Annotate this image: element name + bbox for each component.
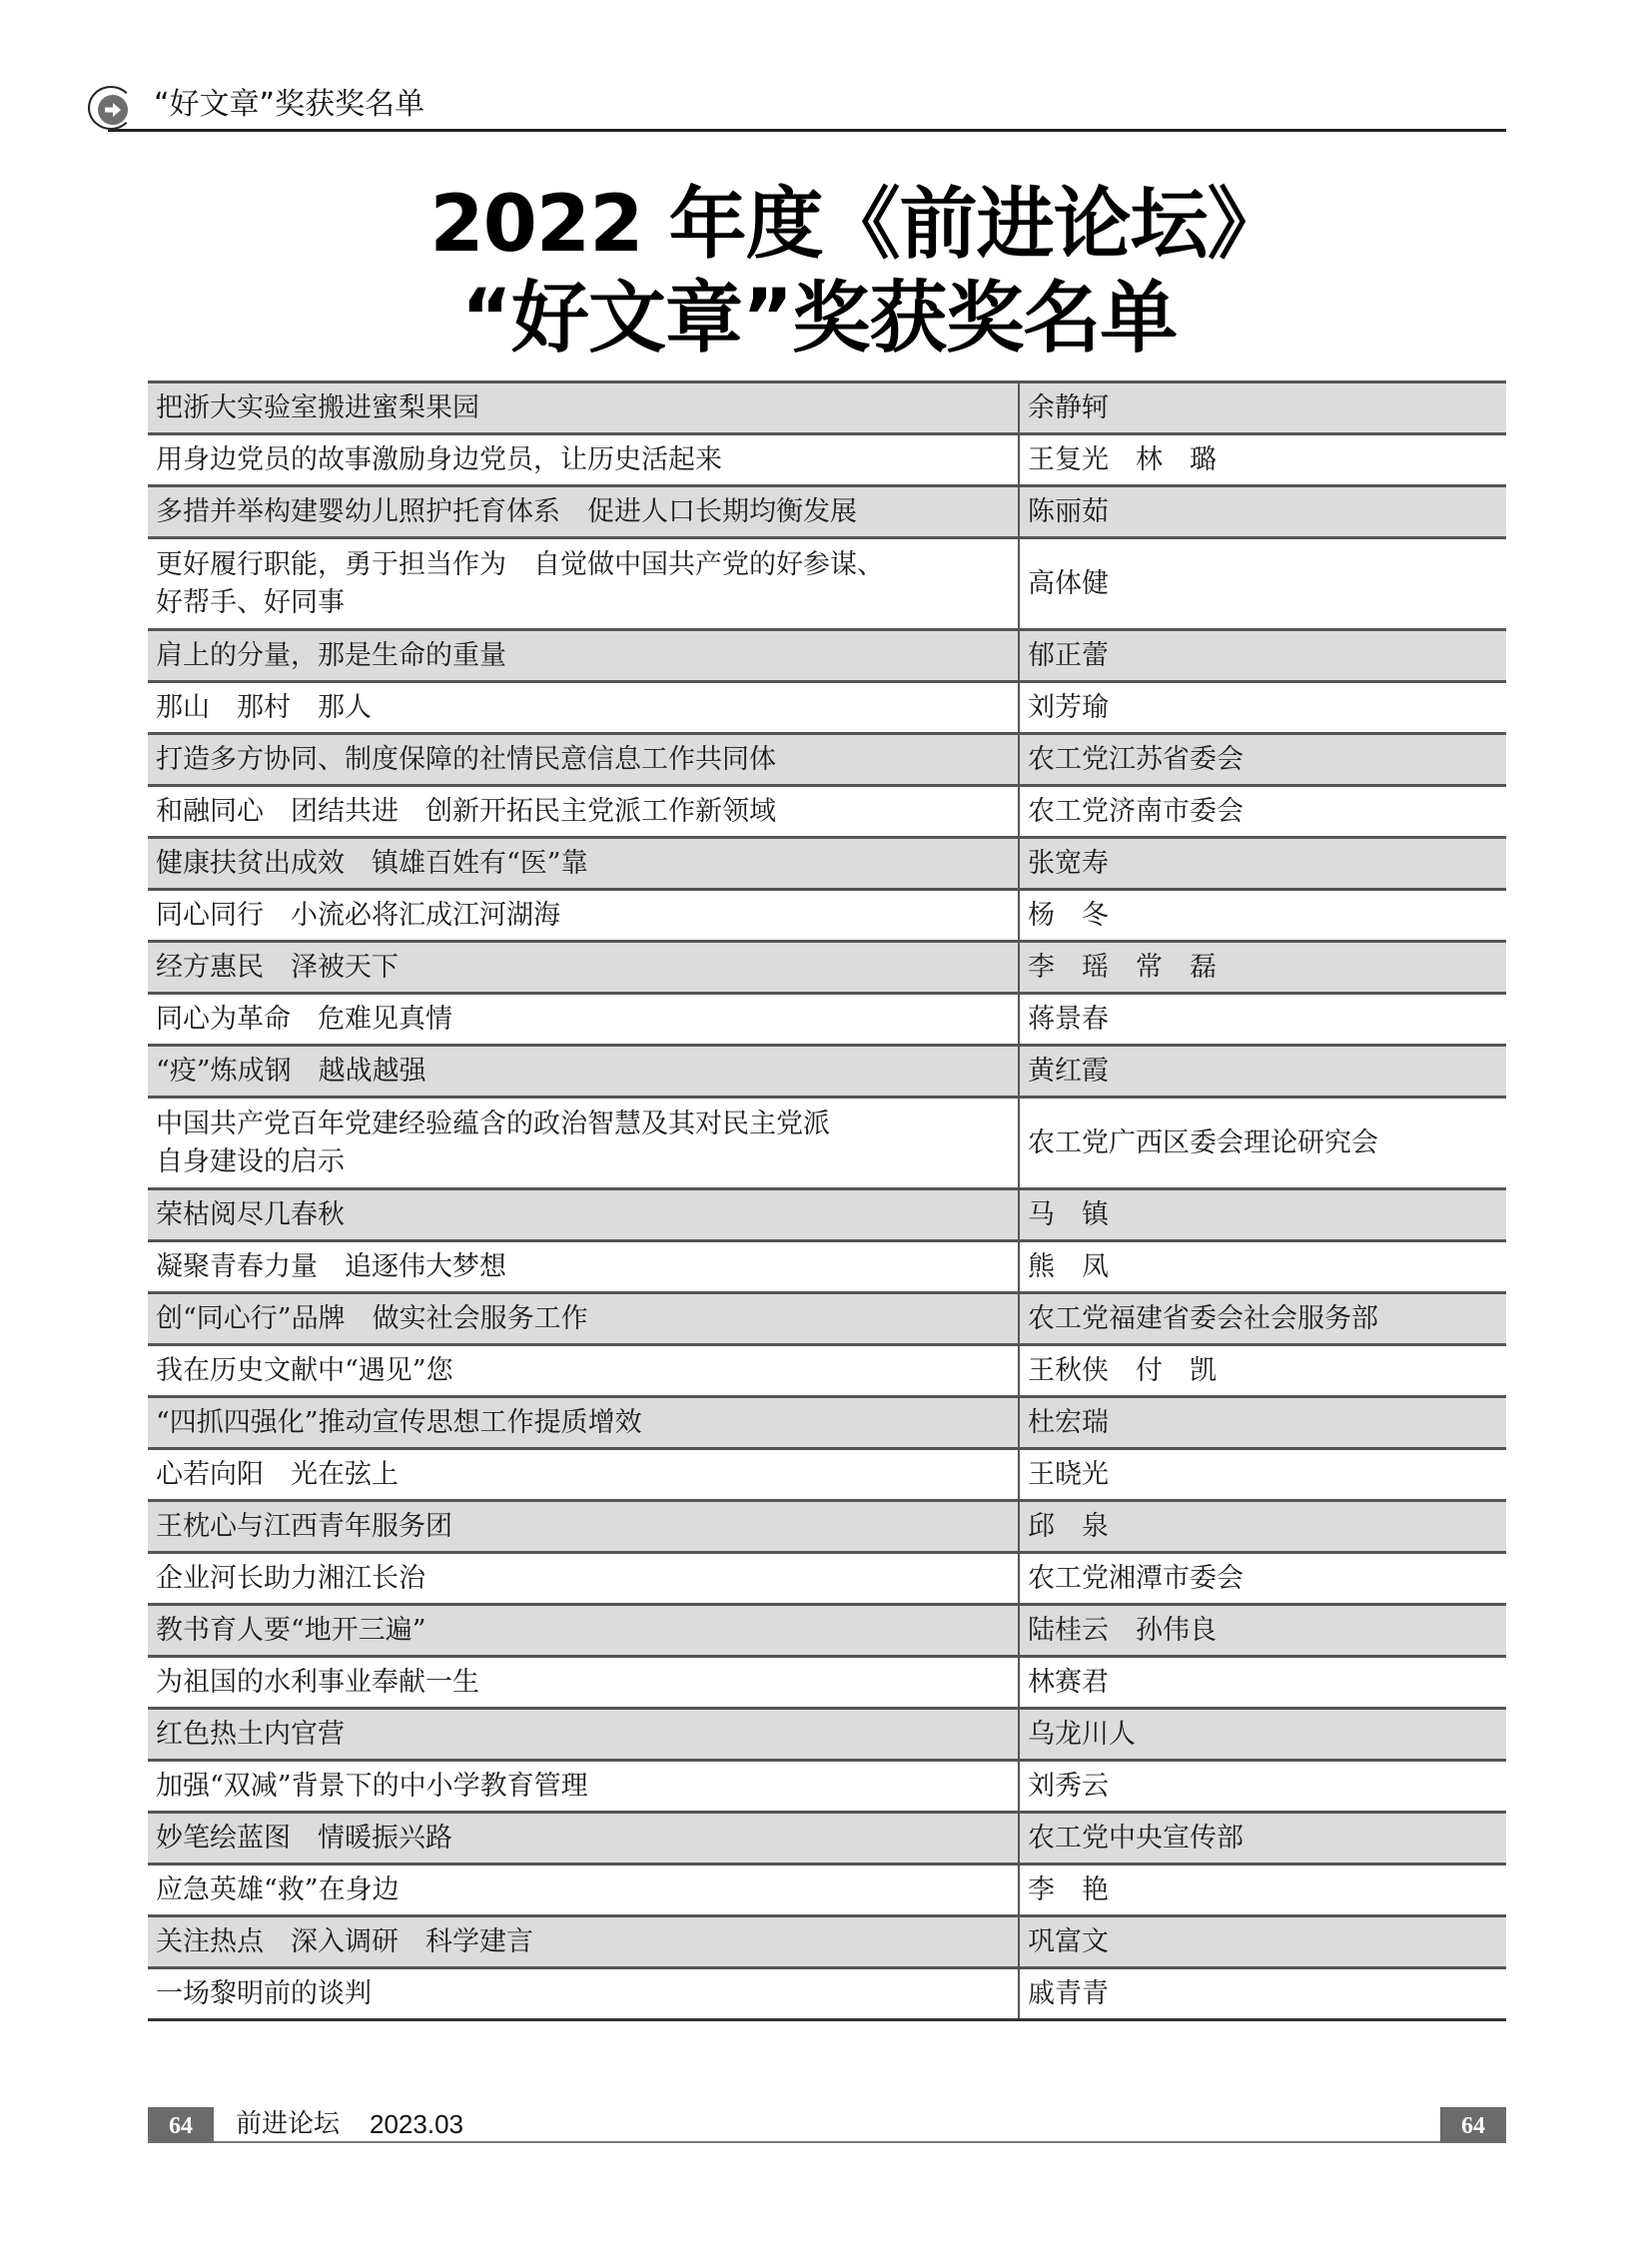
table-row: 企业河长助力湘江长治 农工党湘潭市委会 — [148, 1553, 1506, 1605]
table-row: 红色热土内官营 乌龙川人 — [148, 1709, 1506, 1761]
article-title: 为祖国的水利事业奉献一生 — [148, 1657, 1019, 1709]
awards-table-body: 把浙大实验室搬进蜜梨果园 余静轲 用身边党员的故事激励身边党员，让历史活起来 王… — [148, 382, 1506, 2020]
article-author: 王复光 林 璐 — [1019, 434, 1506, 486]
article-title: 把浙大实验室搬进蜜梨果园 — [148, 382, 1019, 434]
table-row: 为祖国的水利事业奉献一生 林赛君 — [148, 1657, 1506, 1709]
table-row: 关注热点 深入调研 科学建言 巩富文 — [148, 1916, 1506, 1968]
article-author: 黄红霞 — [1019, 1046, 1506, 1098]
article-title-line2: 好帮手、好同事 — [156, 584, 1018, 622]
article-author: 陆桂云 孙伟良 — [1019, 1605, 1506, 1657]
page-title-line2: “好文章”奖获奖名单 — [110, 274, 1528, 364]
header-rule — [108, 129, 1506, 132]
article-title: 企业河长助力湘江长治 — [148, 1553, 1019, 1605]
article-author: 刘秀云 — [1019, 1761, 1506, 1813]
article-author: 熊 凤 — [1019, 1241, 1506, 1293]
icon-frame — [88, 86, 134, 130]
table-row: 肩上的分量，那是生命的重量 郁正蕾 — [148, 630, 1506, 682]
article-author: 刘芳瑜 — [1019, 682, 1506, 734]
table-row: 心若向阳 光在弦上 王晓光 — [148, 1449, 1506, 1501]
table-row: 荣枯阅尽几春秋 马 镇 — [148, 1189, 1506, 1241]
article-title: 心若向阳 光在弦上 — [148, 1449, 1019, 1501]
issue-number: 2023.03 — [370, 2107, 463, 2141]
table-row: 健康扶贫出成效 镇雄百姓有“医”靠 张宽寿 — [148, 838, 1506, 890]
article-title: 健康扶贫出成效 镇雄百姓有“医”靠 — [148, 838, 1019, 890]
table-row: 经方惠民 泽被天下 李 瑶 常 磊 — [148, 942, 1506, 994]
article-title-line1: 中国共产党百年党建经验蕴含的政治智慧及其对民主党派 — [156, 1106, 1018, 1143]
article-title-line2: 自身建设的启示 — [156, 1143, 1018, 1181]
article-author: 林赛君 — [1019, 1657, 1506, 1709]
table-row: “疫”炼成钢 越战越强 黄红霞 — [148, 1046, 1506, 1098]
article-title: 妙笔绘蓝图 情暖振兴路 — [148, 1813, 1019, 1865]
article-title: 凝聚青春力量 追逐伟大梦想 — [148, 1241, 1019, 1293]
article-title: 肩上的分量，那是生命的重量 — [148, 630, 1019, 682]
article-author: 农工党广西区委会理论研究会 — [1019, 1098, 1506, 1189]
table-row: 中国共产党百年党建经验蕴含的政治智慧及其对民主党派 自身建设的启示 农工党广西区… — [148, 1098, 1506, 1189]
table-row: 打造多方协同、制度保障的社情民意信息工作共同体 农工党江苏省委会 — [148, 734, 1506, 786]
table-row: 用身边党员的故事激励身边党员，让历史活起来 王复光 林 璐 — [148, 434, 1506, 486]
article-title: 创“同心行”品牌 做实社会服务工作 — [148, 1293, 1019, 1345]
table-row: 我在历史文献中“遇见”您 王秋侠 付 凯 — [148, 1345, 1506, 1397]
article-author: 张宽寿 — [1019, 838, 1506, 890]
running-header: “好文章”奖获奖名单 — [88, 82, 1506, 132]
article-title: 中国共产党百年党建经验蕴含的政治智慧及其对民主党派 自身建设的启示 — [148, 1098, 1019, 1189]
article-title: 同心为革命 危难见真情 — [148, 994, 1019, 1046]
article-title: 经方惠民 泽被天下 — [148, 942, 1019, 994]
article-title: “四抓四强化”推动宣传思想工作提质增效 — [148, 1397, 1019, 1449]
table-row: 应急英雄“救”在身边 李 艳 — [148, 1865, 1506, 1916]
page-footer: 64 前进论坛 2023.03 64 — [148, 2107, 1506, 2147]
table-row: 同心为革命 危难见真情 蒋景春 — [148, 994, 1506, 1046]
article-title: 多措并举构建婴幼儿照护托育体系 促进人口长期均衡发展 — [148, 486, 1019, 538]
article-author: 余静轲 — [1019, 382, 1506, 434]
journal-name: 前进论坛 — [236, 2107, 340, 2141]
article-author: 李 瑶 常 磊 — [1019, 942, 1506, 994]
article-author: 巩富文 — [1019, 1916, 1506, 1968]
article-author: 乌龙川人 — [1019, 1709, 1506, 1761]
page-title-line1: 2022 年度《前进论坛》 — [148, 180, 1566, 270]
article-title: 荣枯阅尽几春秋 — [148, 1189, 1019, 1241]
article-title: 和融同心 团结共进 创新开拓民主党派工作新领域 — [148, 786, 1019, 838]
article-author: 马 镇 — [1019, 1189, 1506, 1241]
article-title: 加强“双减”背景下的中小学教育管理 — [148, 1761, 1019, 1813]
article-title: 那山 那村 那人 — [148, 682, 1019, 734]
article-author: 陈丽茹 — [1019, 486, 1506, 538]
article-title: 红色热土内官营 — [148, 1709, 1019, 1761]
article-title: 王枕心与江西青年服务团 — [148, 1501, 1019, 1553]
article-author: 戚青青 — [1019, 1968, 1506, 2020]
article-title: 更好履行职能，勇于担当作为 自觉做中国共产党的好参谋、 好帮手、好同事 — [148, 538, 1019, 630]
article-author: 王秋侠 付 凯 — [1019, 1345, 1506, 1397]
awards-table: 把浙大实验室搬进蜜梨果园 余静轲 用身边党员的故事激励身边党员，让历史活起来 王… — [148, 380, 1506, 2021]
article-author: 王晓光 — [1019, 1449, 1506, 1501]
article-title: 打造多方协同、制度保障的社情民意信息工作共同体 — [148, 734, 1019, 786]
article-author: 杨 冬 — [1019, 890, 1506, 942]
article-author: 郁正蕾 — [1019, 630, 1506, 682]
table-row: 教书育人要“地开三遍” 陆桂云 孙伟良 — [148, 1605, 1506, 1657]
article-title: 同心同行 小流必将汇成江河湖海 — [148, 890, 1019, 942]
table-row: 那山 那村 那人 刘芳瑜 — [148, 682, 1506, 734]
article-title: 应急英雄“救”在身边 — [148, 1865, 1019, 1916]
article-author: 李 艳 — [1019, 1865, 1506, 1916]
article-author: 农工党福建省委会社会服务部 — [1019, 1293, 1506, 1345]
article-author: 农工党济南市委会 — [1019, 786, 1506, 838]
page-number-left: 64 — [148, 2107, 214, 2143]
table-row: 多措并举构建婴幼儿照护托育体系 促进人口长期均衡发展 陈丽茹 — [148, 486, 1506, 538]
article-title: 关注热点 深入调研 科学建言 — [148, 1916, 1019, 1968]
section-label: “好文章”奖获奖名单 — [154, 87, 424, 123]
article-author: 高体健 — [1019, 538, 1506, 630]
table-row: 和融同心 团结共进 创新开拓民主党派工作新领域 农工党济南市委会 — [148, 786, 1506, 838]
footer-rule — [214, 2141, 1440, 2143]
table-row: 创“同心行”品牌 做实社会服务工作 农工党福建省委会社会服务部 — [148, 1293, 1506, 1345]
article-author: 农工党中央宣传部 — [1019, 1813, 1506, 1865]
article-author: 蒋景春 — [1019, 994, 1506, 1046]
table-row: 加强“双减”背景下的中小学教育管理 刘秀云 — [148, 1761, 1506, 1813]
table-row: 凝聚青春力量 追逐伟大梦想 熊 凤 — [148, 1241, 1506, 1293]
article-author: 邱 泉 — [1019, 1501, 1506, 1553]
article-title: 教书育人要“地开三遍” — [148, 1605, 1019, 1657]
table-row: “四抓四强化”推动宣传思想工作提质增效 杜宏瑞 — [148, 1397, 1506, 1449]
table-row: 一场黎明前的谈判 戚青青 — [148, 1968, 1506, 2020]
article-author: 农工党江苏省委会 — [1019, 734, 1506, 786]
article-title-line1: 更好履行职能，勇于担当作为 自觉做中国共产党的好参谋、 — [156, 546, 1018, 584]
page-number-right: 64 — [1440, 2107, 1506, 2143]
article-author: 杜宏瑞 — [1019, 1397, 1506, 1449]
table-row: 同心同行 小流必将汇成江河湖海 杨 冬 — [148, 890, 1506, 942]
article-title: 我在历史文献中“遇见”您 — [148, 1345, 1019, 1397]
table-row: 把浙大实验室搬进蜜梨果园 余静轲 — [148, 382, 1506, 434]
article-title: 一场黎明前的谈判 — [148, 1968, 1019, 2020]
table-row: 更好履行职能，勇于担当作为 自觉做中国共产党的好参谋、 好帮手、好同事 高体健 — [148, 538, 1506, 630]
article-title: “疫”炼成钢 越战越强 — [148, 1046, 1019, 1098]
table-row: 王枕心与江西青年服务团 邱 泉 — [148, 1501, 1506, 1553]
article-title: 用身边党员的故事激励身边党员，让历史活起来 — [148, 434, 1019, 486]
table-row: 妙笔绘蓝图 情暖振兴路 农工党中央宣传部 — [148, 1813, 1506, 1865]
article-author: 农工党湘潭市委会 — [1019, 1553, 1506, 1605]
arrow-circle-right-icon — [98, 95, 128, 125]
